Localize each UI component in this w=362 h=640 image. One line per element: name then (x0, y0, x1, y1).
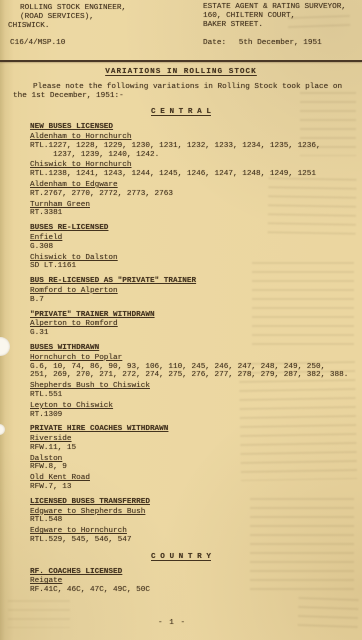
variation-entry: Turnham Green RT.3381 (30, 201, 362, 219)
fleet-numbers: SD LT.1161 (30, 262, 362, 271)
location-heading: Edgware to Shepherds Bush (30, 508, 362, 517)
fleet-numbers: RFW.7, 13 (30, 483, 362, 492)
fleet-numbers: RFW.8, 9 (30, 463, 362, 472)
category-heading: LICENSED BUSES TRANSFERRED (30, 498, 362, 507)
document-title: VARIATIONS IN ROLLING STOCK (0, 68, 362, 77)
variation-entry: Reigate RF.41C, 46C, 47C, 49C, 50C (30, 577, 362, 595)
fleet-numbers: RTL.1238, 1241, 1243, 1244, 1245, 1246, … (30, 170, 362, 179)
location-heading: Alperton to Romford (30, 320, 362, 329)
variation-entry: Alperton to Romford G.31 (30, 320, 362, 338)
section-heading-central: C E N T R A L (0, 108, 362, 117)
reference-number: C16/4/MSP.10 (10, 39, 65, 48)
fleet-numbers: RT.1309 (30, 411, 362, 420)
location-heading: Hornchurch to Poplar (30, 354, 362, 363)
location-heading: Enfield (30, 234, 362, 243)
sender-address: ROLLING STOCK ENGINEER, (ROAD SERVICES),… (8, 4, 126, 30)
fleet-numbers: RFW.11, 15 (30, 444, 362, 453)
recipient-address: ESTATE AGENT & RATING SURVEYOR, 160, CHI… (203, 3, 346, 29)
variation-entry: Romford to Alperton B.7 (30, 287, 362, 305)
category-group-rf-coaches-licensed: RF. COACHES LICENSED Reigate RF.41C, 46C… (30, 568, 362, 595)
variation-entry: Chiswick to Hornchurch RTL.1238, 1241, 1… (30, 161, 362, 179)
variation-entry: Chiswick to Dalston SD LT.1161 (30, 254, 362, 272)
fleet-numbers: G.308 (30, 243, 362, 252)
category-group-private-hire-coaches-withdrawn: PRIVATE HIRE COACHES WITHDRAWN Riverside… (30, 425, 362, 492)
section-heading-country: C O U N T R Y (0, 553, 362, 562)
location-heading: Turnham Green (30, 201, 362, 210)
category-heading: NEW BUSES LICENSED (30, 123, 362, 132)
category-heading: "PRIVATE" TRAINER WITHDRAWN (30, 311, 362, 320)
location-heading: Aldenham to Edgware (30, 181, 362, 190)
recipient-line: BAKER STREET. (203, 21, 346, 30)
sender-line: ROLLING STOCK ENGINEER, (8, 4, 126, 13)
fleet-numbers: RTL.529, 545, 546, 547 (30, 536, 362, 545)
category-group-buses-withdrawn: BUSES WITHDRAWN Hornchurch to Poplar G.6… (30, 344, 362, 419)
page-number: - 1 - (158, 619, 186, 628)
sender-line: CHISWICK. (8, 22, 126, 31)
location-heading: Chiswick to Dalston (30, 254, 362, 263)
category-group-licensed-buses-transferred: LICENSED BUSES TRANSFERRED Edgware to Sh… (30, 498, 362, 545)
variation-entry: Dalston RFW.8, 9 (30, 455, 362, 473)
variation-entry: Aldenham to Edgware RT.2767, 2770, 2772,… (30, 181, 362, 199)
location-heading: Old Kent Road (30, 474, 362, 483)
bleedthrough-smudge (297, 597, 358, 635)
variation-entry: Old Kent Road RFW.7, 13 (30, 474, 362, 492)
variation-entry: Edgware to Hornchurch RTL.529, 545, 546,… (30, 527, 362, 545)
date-value: 5th December, 1951 (239, 39, 322, 47)
fleet-numbers: B.7 (30, 296, 362, 305)
divider-rule (0, 60, 362, 62)
category-group-bus-relicensed-private-trainer: BUS RE-LICENSED AS "PRIVATE" TRAINER Rom… (30, 277, 362, 304)
recipient-line: 160, CHILTERN COURT, (203, 12, 346, 21)
location-heading: Dalston (30, 455, 362, 464)
date-line: Date: 5th December, 1951 (203, 39, 322, 48)
location-heading: Chiswick to Hornchurch (30, 161, 362, 170)
fleet-numbers: RT.3381 (30, 209, 362, 218)
category-group-private-trainer-withdrawn: "PRIVATE" TRAINER WITHDRAWN Alperton to … (30, 311, 362, 338)
fleet-numbers: G.31 (30, 329, 362, 338)
category-heading: PRIVATE HIRE COACHES WITHDRAWN (30, 425, 362, 434)
bleedthrough-smudge (8, 600, 70, 628)
fleet-numbers: G.6, 10, 74, 86, 90, 93, 106, 110, 245, … (30, 363, 362, 381)
fleet-numbers: RTL.551 (30, 391, 362, 400)
category-heading: BUSES WITHDRAWN (30, 344, 362, 353)
fleet-numbers: RTL.548 (30, 516, 362, 525)
variation-entry: Leyton to Chiswick RT.1309 (30, 402, 362, 420)
location-heading: Aldenham to Hornchurch (30, 133, 362, 142)
category-heading: RF. COACHES LICENSED (30, 568, 362, 577)
category-heading: BUS RE-LICENSED AS "PRIVATE" TRAINER (30, 277, 362, 286)
fleet-numbers: RT.2767, 2770, 2772, 2773, 2763 (30, 190, 362, 199)
variation-entry: Aldenham to Hornchurch RTL.1227, 1228, 1… (30, 133, 362, 159)
variation-entry: Hornchurch to Poplar G.6, 10, 74, 86, 90… (30, 354, 362, 380)
variation-entry: Enfield G.308 (30, 234, 362, 252)
location-heading: Reigate (30, 577, 362, 586)
variation-entry: Shepherds Bush to Chiswick RTL.551 (30, 382, 362, 400)
fleet-numbers: RF.41C, 46C, 47C, 49C, 50C (30, 586, 362, 595)
category-group-buses-relicensed: BUSES RE-LICENSED Enfield G.308 Chiswick… (30, 224, 362, 271)
intro-paragraph: Please note the following variations in … (13, 83, 356, 101)
fleet-numbers: RTL.1227, 1228, 1229, 1230, 1231, 1232, … (30, 142, 362, 160)
sender-line: (ROAD SERVICES), (8, 13, 126, 22)
category-group-new-buses-licensed: NEW BUSES LICENSED Aldenham to Hornchurc… (30, 123, 362, 218)
category-heading: BUSES RE-LICENSED (30, 224, 362, 233)
document-body: VARIATIONS IN ROLLING STOCK Please note … (0, 66, 362, 597)
date-label: Date: (203, 39, 226, 47)
variation-entry: Riverside RFW.11, 15 (30, 435, 362, 453)
location-heading: Leyton to Chiswick (30, 402, 362, 411)
recipient-line: ESTATE AGENT & RATING SURVEYOR, (203, 3, 346, 12)
variation-entry: Edgware to Shepherds Bush RTL.548 (30, 508, 362, 526)
location-heading: Riverside (30, 435, 362, 444)
scanned-document-page: ROLLING STOCK ENGINEER, (ROAD SERVICES),… (0, 0, 362, 640)
location-heading: Edgware to Hornchurch (30, 527, 362, 536)
location-heading: Romford to Alperton (30, 287, 362, 296)
location-heading: Shepherds Bush to Chiswick (30, 382, 362, 391)
